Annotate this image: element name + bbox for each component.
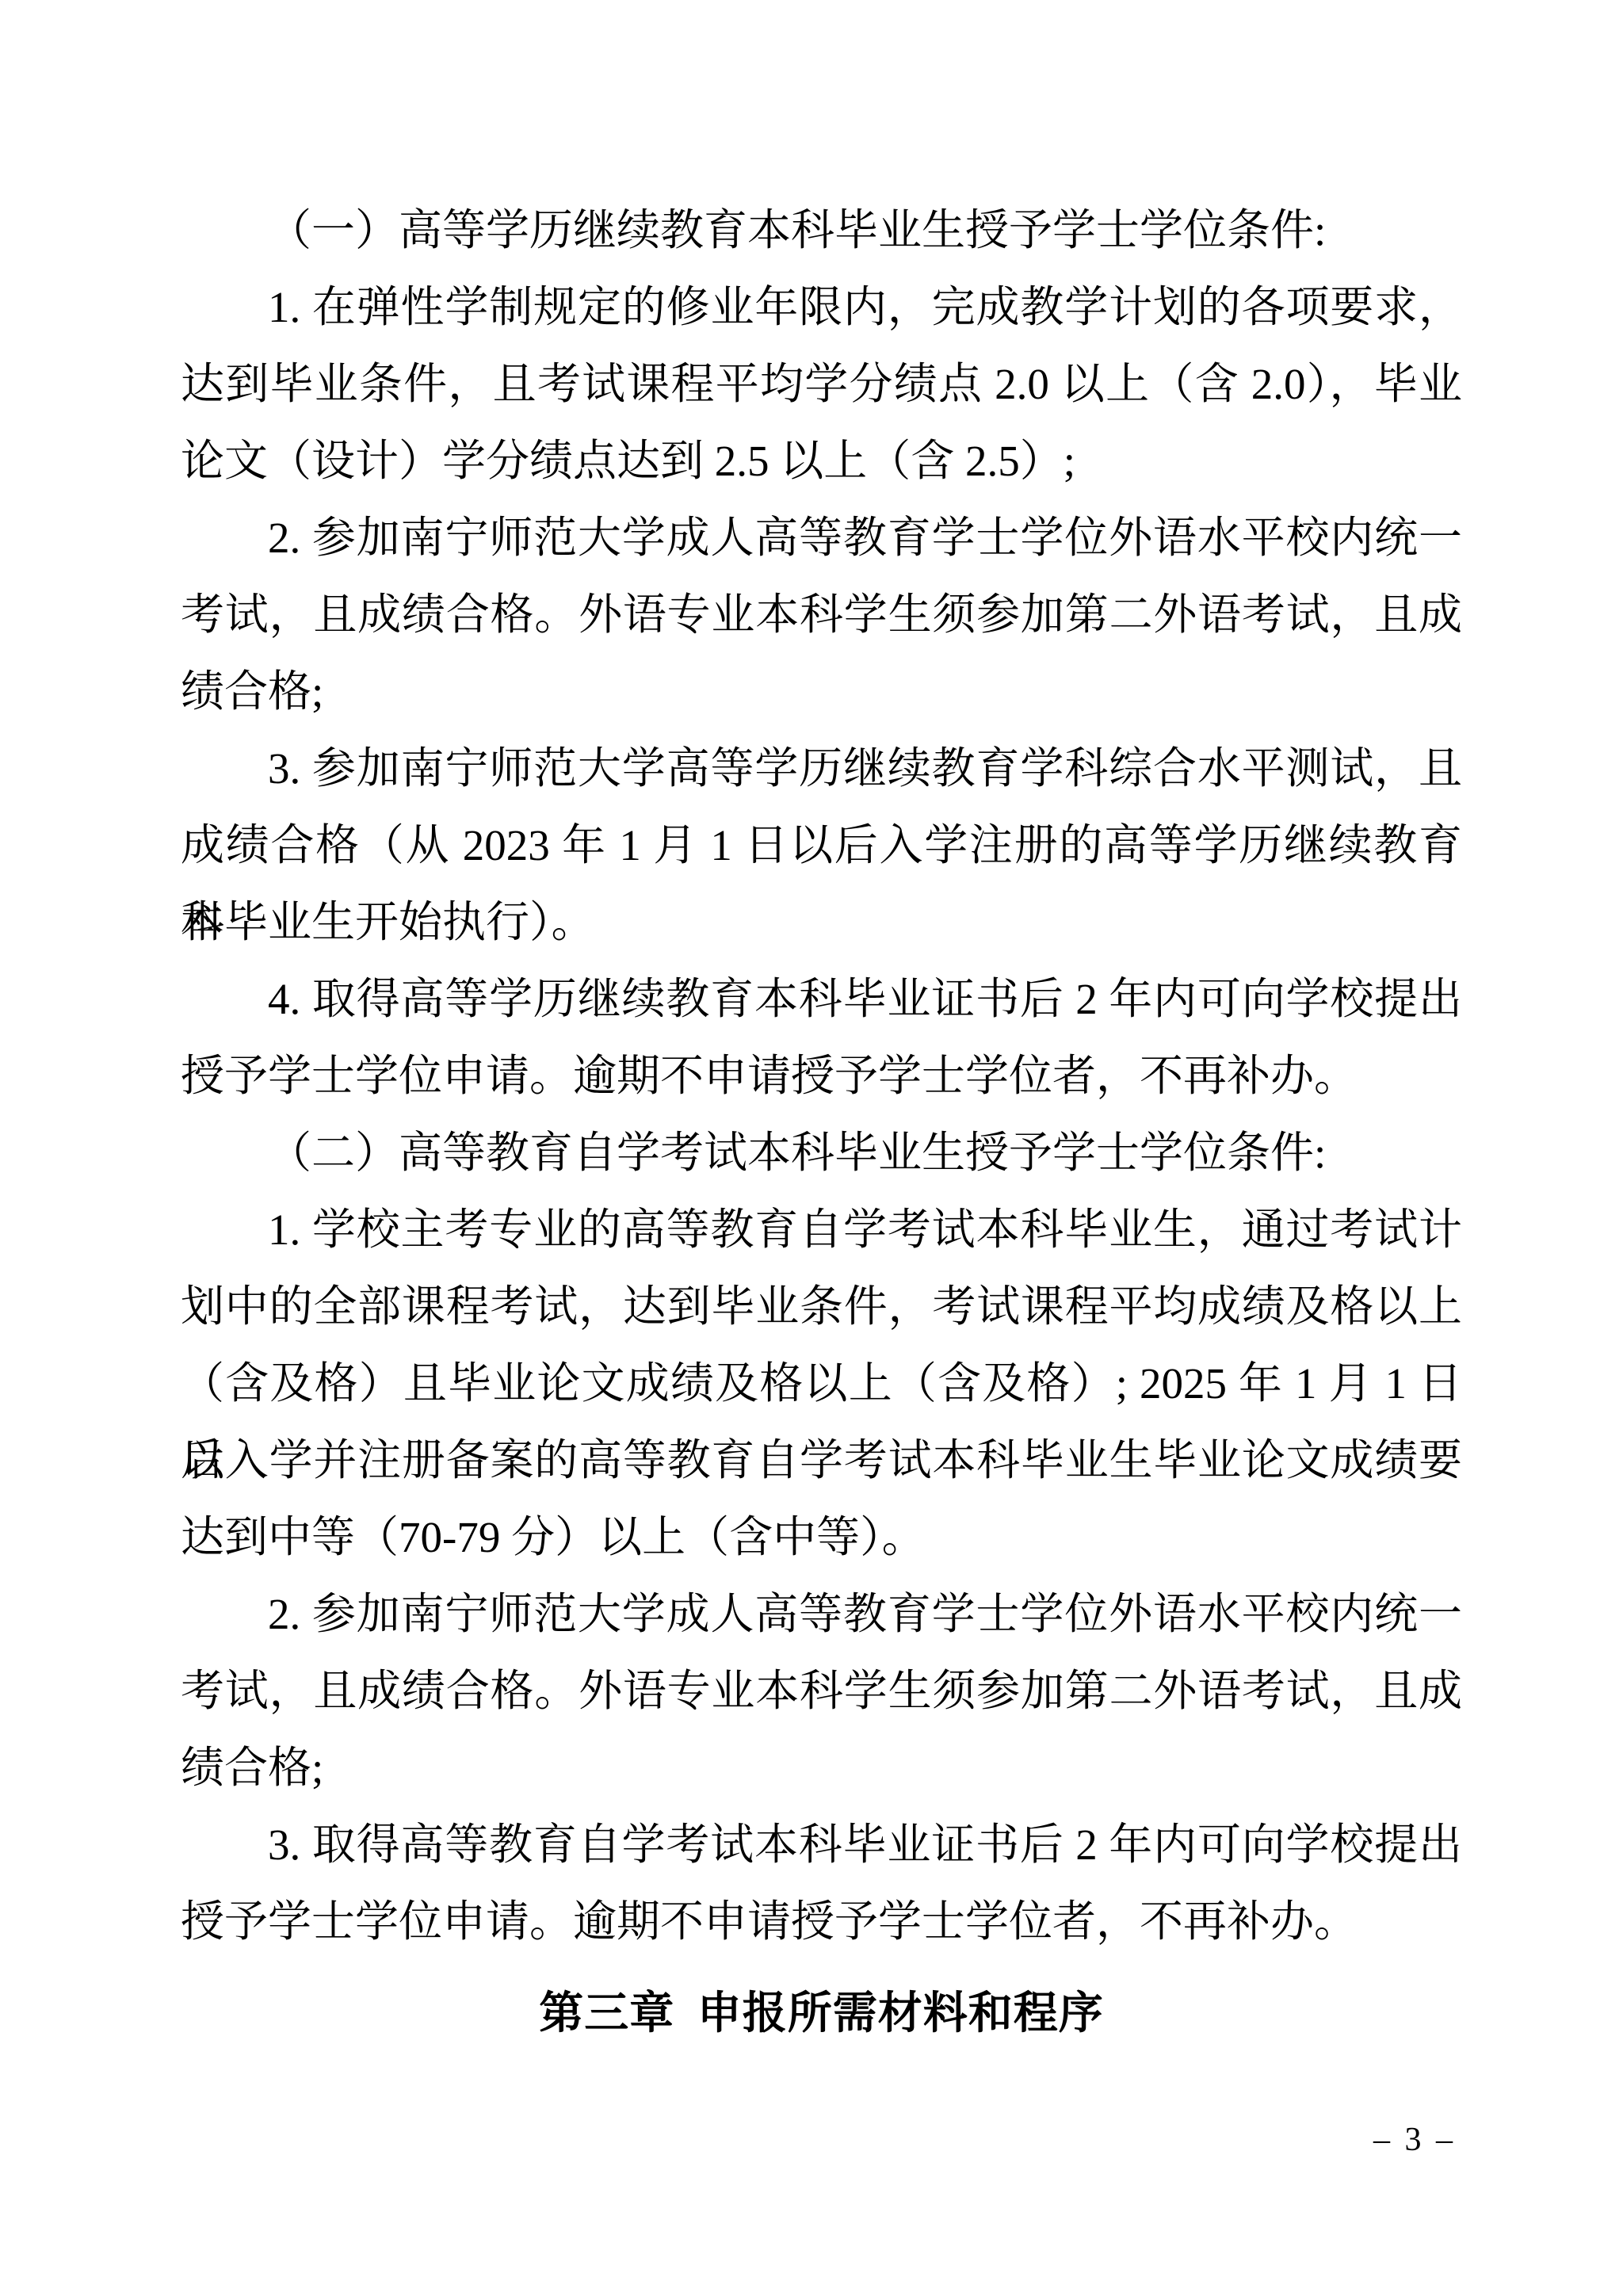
text-line: 授予学士学位申请。逾期不申请授予学士学位者，不再补办。 <box>181 1037 1462 1114</box>
page-number: – 3 – <box>1373 2121 1453 2159</box>
text-line: 2. 参加南宁师范大学成人高等教育学士学位外语水平校内统一 <box>181 499 1462 576</box>
text-line: 绩合格; <box>181 653 1462 730</box>
text-line: 达到毕业条件，且考试课程平均学分绩点 2.0 以上（含 2.0），毕业 <box>181 346 1462 422</box>
text-line: 3. 参加南宁师范大学高等学历继续教育学科综合水平测试，且 <box>181 730 1462 807</box>
text-line: （一）高等学历继续教育本科毕业生授予学士学位条件: <box>181 192 1462 269</box>
text-line: （含及格）且毕业论文成绩及格以上（含及格）; 2025 年 1 月 1 日以 <box>181 1345 1462 1422</box>
chapter-heading: 第三章 申报所需材料和程序 <box>181 1974 1462 2051</box>
text-line: 4. 取得高等学历继续教育本科毕业证书后 2 年内可向学校提出 <box>181 961 1462 1037</box>
text-line: 1. 在弹性学制规定的修业年限内，完成教学计划的各项要求， <box>181 269 1462 346</box>
text-line: 3. 取得高等教育自学考试本科毕业证书后 2 年内可向学校提出 <box>181 1806 1462 1883</box>
text-line: 成绩合格（从 2023 年 1 月 1 日以后入学注册的高等学历继续教育本 <box>181 807 1462 884</box>
text-line: 后入学并注册备案的高等教育自学考试本科毕业生毕业论文成绩要 <box>181 1422 1462 1499</box>
text-line: 绩合格; <box>181 1729 1462 1806</box>
text-line: 论文（设计）学分绩点达到 2.5 以上（含 2.5）; <box>181 422 1462 499</box>
text-line: 科毕业生开始执行）。 <box>181 884 1462 961</box>
text-line: 划中的全部课程考试，达到毕业条件，考试课程平均成绩及格以上 <box>181 1268 1462 1345</box>
text-line: 达到中等（70-79 分）以上（含中等）。 <box>181 1499 1462 1576</box>
text-line: 1. 学校主考专业的高等教育自学考试本科毕业生，通过考试计 <box>181 1191 1462 1268</box>
text-line: 2. 参加南宁师范大学成人高等教育学士学位外语水平校内统一 <box>181 1576 1462 1652</box>
document-page: （一）高等学历继续教育本科毕业生授予学士学位条件:1. 在弹性学制规定的修业年限… <box>0 0 1623 2296</box>
text-line: 考试，且成绩合格。外语专业本科学生须参加第二外语考试，且成 <box>181 576 1462 653</box>
body-lines: （一）高等学历继续教育本科毕业生授予学士学位条件:1. 在弹性学制规定的修业年限… <box>181 192 1462 2051</box>
text-line: 考试，且成绩合格。外语专业本科学生须参加第二外语考试，且成 <box>181 1652 1462 1729</box>
text-line: 授予学士学位申请。逾期不申请授予学士学位者，不再补办。 <box>181 1883 1462 1960</box>
text-line: （二）高等教育自学考试本科毕业生授予学士学位条件: <box>181 1114 1462 1191</box>
